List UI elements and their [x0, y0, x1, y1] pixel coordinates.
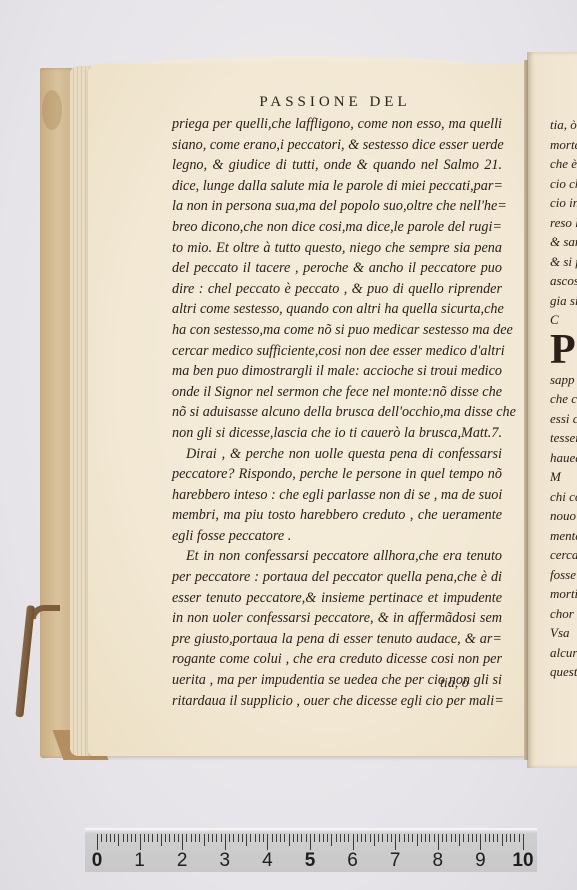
ruler-tick: [276, 834, 277, 842]
ruler-tick: [123, 834, 124, 842]
ruler-label: 7: [390, 850, 401, 872]
ruler-tick: [510, 834, 511, 842]
right-text-line: tesser: [550, 428, 577, 448]
ruler-tick: [357, 834, 358, 842]
ruler-tick: [216, 834, 217, 842]
ruler-tick: [412, 834, 413, 842]
ruler-tick: [353, 834, 354, 850]
ruler-tick: [301, 834, 302, 842]
ruler-tick: [97, 834, 98, 850]
ruler-tick: [323, 834, 324, 842]
right-text-line: sapp: [550, 370, 577, 390]
right-page-text: tia, òmorteche ècio checio insireso l'h&…: [550, 115, 577, 682]
ruler-tick: [408, 834, 409, 842]
text-line: in non uoler confessarsi peccatore, & in…: [172, 608, 502, 629]
ruler-tick: [259, 834, 260, 842]
gutter: [524, 60, 528, 760]
ruler-tick: [438, 834, 439, 850]
ruler-tick: [152, 834, 153, 842]
ruler-tick: [106, 834, 107, 842]
ruler-tick: [451, 834, 452, 842]
text-line: siano, come erano,i peccatori, & sestess…: [172, 135, 502, 156]
ruler-tick: [306, 834, 307, 842]
text-line: to mio. Et oltre à tutto questo, niego c…: [172, 238, 502, 259]
ruler-tick: [404, 834, 405, 842]
ruler-tick: [442, 834, 443, 842]
text-line: ma ben puo dimostrargli il male: accioch…: [172, 361, 502, 382]
text-line: egli fosse peccatore .: [172, 526, 502, 547]
text-line: dice, lunge dalla salute mia le parole d…: [172, 176, 502, 197]
ruler-tick: [319, 834, 320, 842]
text-line: priega per quelli,che laffligono, come n…: [172, 114, 502, 135]
ruler-tick: [165, 834, 166, 842]
ruler-tick: [255, 834, 256, 842]
right-text-line: alcur: [550, 643, 577, 663]
ruler-tick: [182, 834, 183, 850]
ruler-tick: [361, 834, 362, 842]
right-text-line: haueä: [550, 448, 577, 468]
ruler-tick: [293, 834, 294, 842]
right-text-line: che è: [550, 154, 577, 174]
text-line: dire : chel peccato è peccato , & puo di…: [172, 279, 502, 300]
ruler-tick: [178, 834, 179, 842]
ruler-tick: [463, 834, 464, 842]
ruler-tick: [195, 834, 196, 842]
ruler-tick: [191, 834, 192, 842]
right-text-line: cio che: [550, 174, 577, 194]
ruler-tick: [284, 834, 285, 842]
text-line: membri, ma piu tosto harebbero creduto ,…: [172, 505, 502, 526]
ruler-tick: [429, 834, 430, 842]
ruler-tick: [221, 834, 222, 842]
ruler-tick: [421, 834, 422, 842]
ruler-tick: [110, 834, 111, 842]
ruler-tick: [229, 834, 230, 842]
right-text-line: & si f: [550, 252, 577, 272]
text-line: legno, & giudice di tutti, onde & quando…: [172, 155, 502, 176]
text-line: ha con sestesso,ma come nõ si puo medica…: [172, 320, 502, 341]
ruler-label: 10: [512, 850, 533, 872]
ruler-tick: [459, 834, 460, 846]
ruler-tick: [204, 834, 205, 846]
ruler-tick: [480, 834, 481, 850]
ruler-tick: [395, 834, 396, 850]
ruler-tick: [374, 834, 375, 846]
ruler-tick: [233, 834, 234, 842]
ruler-tick: [208, 834, 209, 842]
right-text-line: essi c: [550, 409, 577, 429]
ruler-tick: [493, 834, 494, 842]
right-text-line: M: [550, 467, 577, 487]
ruler-tick: [519, 834, 520, 842]
ruler-tick: [174, 834, 175, 842]
ruler-tick: [502, 834, 503, 846]
text-line: ritardaua il supplicio , ouer che dicess…: [172, 691, 502, 712]
ruler-tick: [242, 834, 243, 842]
ruler-tick: [382, 834, 383, 842]
catchword: tia, ò: [440, 676, 469, 692]
text-line: breo dicono,che non dice cosi,ma dice,le…: [172, 217, 502, 238]
ruler-label: 3: [220, 850, 231, 872]
right-text-line: morte: [550, 135, 577, 155]
right-text-line: che c: [550, 389, 577, 409]
ruler-tick: [114, 834, 115, 842]
ruler-tick: [144, 834, 145, 842]
ruler-tick: [370, 834, 371, 842]
ruler-tick: [485, 834, 486, 842]
measuring-scale: 012345678910: [85, 828, 537, 872]
right-text-line: morti: [550, 584, 577, 604]
ruler-label: 9: [475, 850, 486, 872]
ruler-tick: [289, 834, 290, 846]
ruler-tick: [250, 834, 251, 842]
right-text-line: nouo: [550, 506, 577, 526]
ruler-tick: [314, 834, 315, 842]
running-head: PASSIONE DEL: [160, 94, 510, 111]
ruler-tick: [417, 834, 418, 846]
ruler-tick: [118, 834, 119, 846]
text-line: altri come sestesso, quando con altri ha…: [172, 299, 502, 320]
ruler-label: 5: [305, 850, 316, 872]
ruler-label: 2: [177, 850, 188, 872]
ruler-tick: [157, 834, 158, 842]
right-text-line: tia, ò: [550, 115, 577, 135]
ruler-tick: [472, 834, 473, 842]
ruler-tick: [489, 834, 490, 842]
right-text-line: P: [550, 330, 577, 370]
text-line: per peccatore : portaua del peccator que…: [172, 567, 502, 588]
text-line: non gli si dicesse,lascia che io ti caue…: [172, 423, 502, 444]
text-line: harebbero inteso : che egli parlasse non…: [172, 485, 502, 506]
right-text-line: reso l'h: [550, 213, 577, 233]
ruler-tick: [148, 834, 149, 842]
ruler-tick: [514, 834, 515, 842]
right-text-line: gia si: [550, 291, 577, 311]
ruler-tick: [272, 834, 273, 842]
ruler-tick: [365, 834, 366, 842]
text-line: esser tenuto peccatore,& insieme pertina…: [172, 588, 502, 609]
text-line: peccatore? Rispondo, perche le persone i…: [172, 464, 502, 485]
ruler-tick: [425, 834, 426, 842]
text-line: Dirai , & perche non uolle questa pena d…: [172, 444, 502, 465]
right-text-line: Vsa: [550, 623, 577, 643]
ruler-label: 6: [347, 850, 358, 872]
text-line: onde il Signor nel sermon che fece nel m…: [172, 382, 502, 403]
ruler-tick: [340, 834, 341, 842]
ruler-tick: [331, 834, 332, 846]
text-line: rogante come colui , che era creduto dic…: [172, 649, 502, 670]
right-text-line: chor: [550, 604, 577, 624]
ruler-tick: [310, 834, 311, 850]
ruler-tick: [506, 834, 507, 842]
ruler-tick: [297, 834, 298, 842]
right-text-line: chi ce: [550, 487, 577, 507]
text-line: nõ si aduisasse alcuno della brusca dell…: [172, 402, 502, 423]
ruler-tick: [238, 834, 239, 842]
ruler-tick: [131, 834, 132, 842]
ruler-tick: [336, 834, 337, 842]
ruler-tick: [267, 834, 268, 850]
ruler-tick: [468, 834, 469, 842]
ruler-tick: [327, 834, 328, 842]
ruler-tick: [127, 834, 128, 842]
ruler-tick: [523, 834, 524, 850]
right-text-line: ascosa: [550, 271, 577, 291]
ruler-tick: [280, 834, 281, 842]
ruler-tick: [387, 834, 388, 842]
ruler-label: 8: [433, 850, 444, 872]
ruler-tick: [455, 834, 456, 842]
right-text-line: fosse: [550, 565, 577, 585]
ruler-tick: [212, 834, 213, 842]
text-line: del peccato il tacere , peroche & ancho …: [172, 258, 502, 279]
text-line: la non in persona sua,ma del popolo suo,…: [172, 196, 502, 217]
right-text-line: mente: [550, 526, 577, 546]
ruler-tick: [140, 834, 141, 850]
text-line: Et in non confessarsi peccatore allhora,…: [172, 546, 502, 567]
ruler-tick: [344, 834, 345, 842]
page-text: priega per quelli,che laffligono, come n…: [172, 114, 502, 711]
ruler-tick: [391, 834, 392, 842]
ruler-tick: [378, 834, 379, 842]
ruler-tick: [476, 834, 477, 842]
ruler-tick: [434, 834, 435, 842]
ruler-tick: [225, 834, 226, 850]
ruler-tick: [497, 834, 498, 842]
ruler-tick: [135, 834, 136, 842]
ruler-tick: [186, 834, 187, 842]
ruler-tick: [348, 834, 349, 842]
ruler-tick: [399, 834, 400, 842]
ruler-label: 1: [134, 850, 145, 872]
ruler-tick: [446, 834, 447, 842]
ruler-tick: [199, 834, 200, 842]
right-text-line: cercai: [550, 545, 577, 565]
text-line: pre giusto,portaua la pena di esser tenu…: [172, 629, 502, 650]
ruler-tick: [101, 834, 102, 842]
right-text-line: & sar: [550, 232, 577, 252]
ruler-tick: [169, 834, 170, 842]
ruler-tick: [161, 834, 162, 846]
right-text-line: quest: [550, 662, 577, 682]
ruler-tick: [246, 834, 247, 846]
ruler-tick: [263, 834, 264, 842]
right-text-line: cio insi: [550, 193, 577, 213]
ruler-label: 4: [262, 850, 273, 872]
cover-stain: [42, 90, 62, 130]
ruler-label: 0: [92, 850, 103, 872]
text-line: cercar medico sufficiente,cosi non dee e…: [172, 341, 502, 362]
